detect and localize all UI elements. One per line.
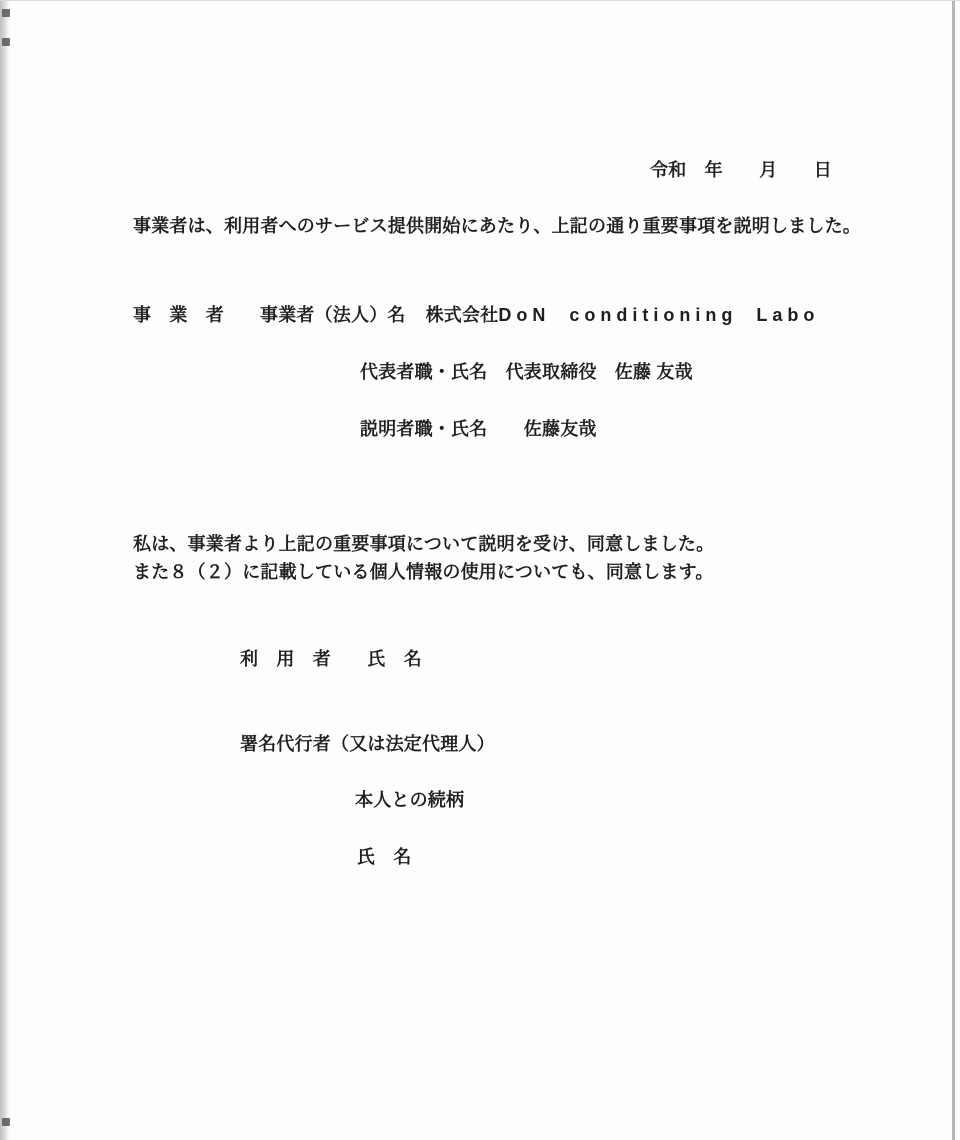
page-right-margin — [955, 1, 960, 1140]
scan-artifact-mark — [2, 1118, 10, 1126]
scan-band — [9, 293, 952, 294]
provider-line: 事 業 者事業者（法人）名株式会社DoN conditioning Labo — [133, 305, 819, 325]
provider-statement: 事業者は、利用者へのサービス提供開始にあたり、上記の通り重要事項を説明しました。 — [133, 216, 861, 236]
representative-line: 代表者職・氏名 代表取締役 佐藤 友哉 — [360, 362, 693, 382]
provider-label: 事 業 者 — [133, 305, 224, 325]
scan-artifact-mark — [2, 9, 10, 17]
company-name-prefix: 株式会社 — [426, 305, 499, 325]
scan-band — [9, 197, 952, 198]
consent-line-1: 私は、事業者より上記の重要事項について説明を受け、同意しました。 — [133, 534, 714, 554]
provider-field-label: 事業者（法人）名 — [260, 305, 406, 325]
scan-band — [9, 1109, 952, 1110]
explainer-line: 説明者職・氏名 佐藤友哉 — [360, 419, 597, 439]
scan-artifact-mark — [2, 38, 10, 46]
page-left-edge-shadow — [0, 1, 9, 1140]
document-page: 令和 年 月 日 事業者は、利用者へのサービス提供開始にあたり、上記の通り重要事… — [0, 0, 960, 1140]
user-name-field-label: 利 用 者 氏 名 — [240, 649, 422, 669]
relationship-field-label: 本人との続柄 — [355, 790, 464, 810]
company-name-latin: DoN conditioning Labo — [498, 305, 819, 325]
proxy-name-field-label: 氏 名 — [357, 847, 412, 867]
consent-line-2: また８（２）に記載している個人情報の使用についても、同意します。 — [133, 562, 714, 582]
era-date-line: 令和 年 月 日 — [650, 160, 832, 180]
proxy-signer-label: 署名代行者（又は法定代理人） — [240, 734, 495, 754]
